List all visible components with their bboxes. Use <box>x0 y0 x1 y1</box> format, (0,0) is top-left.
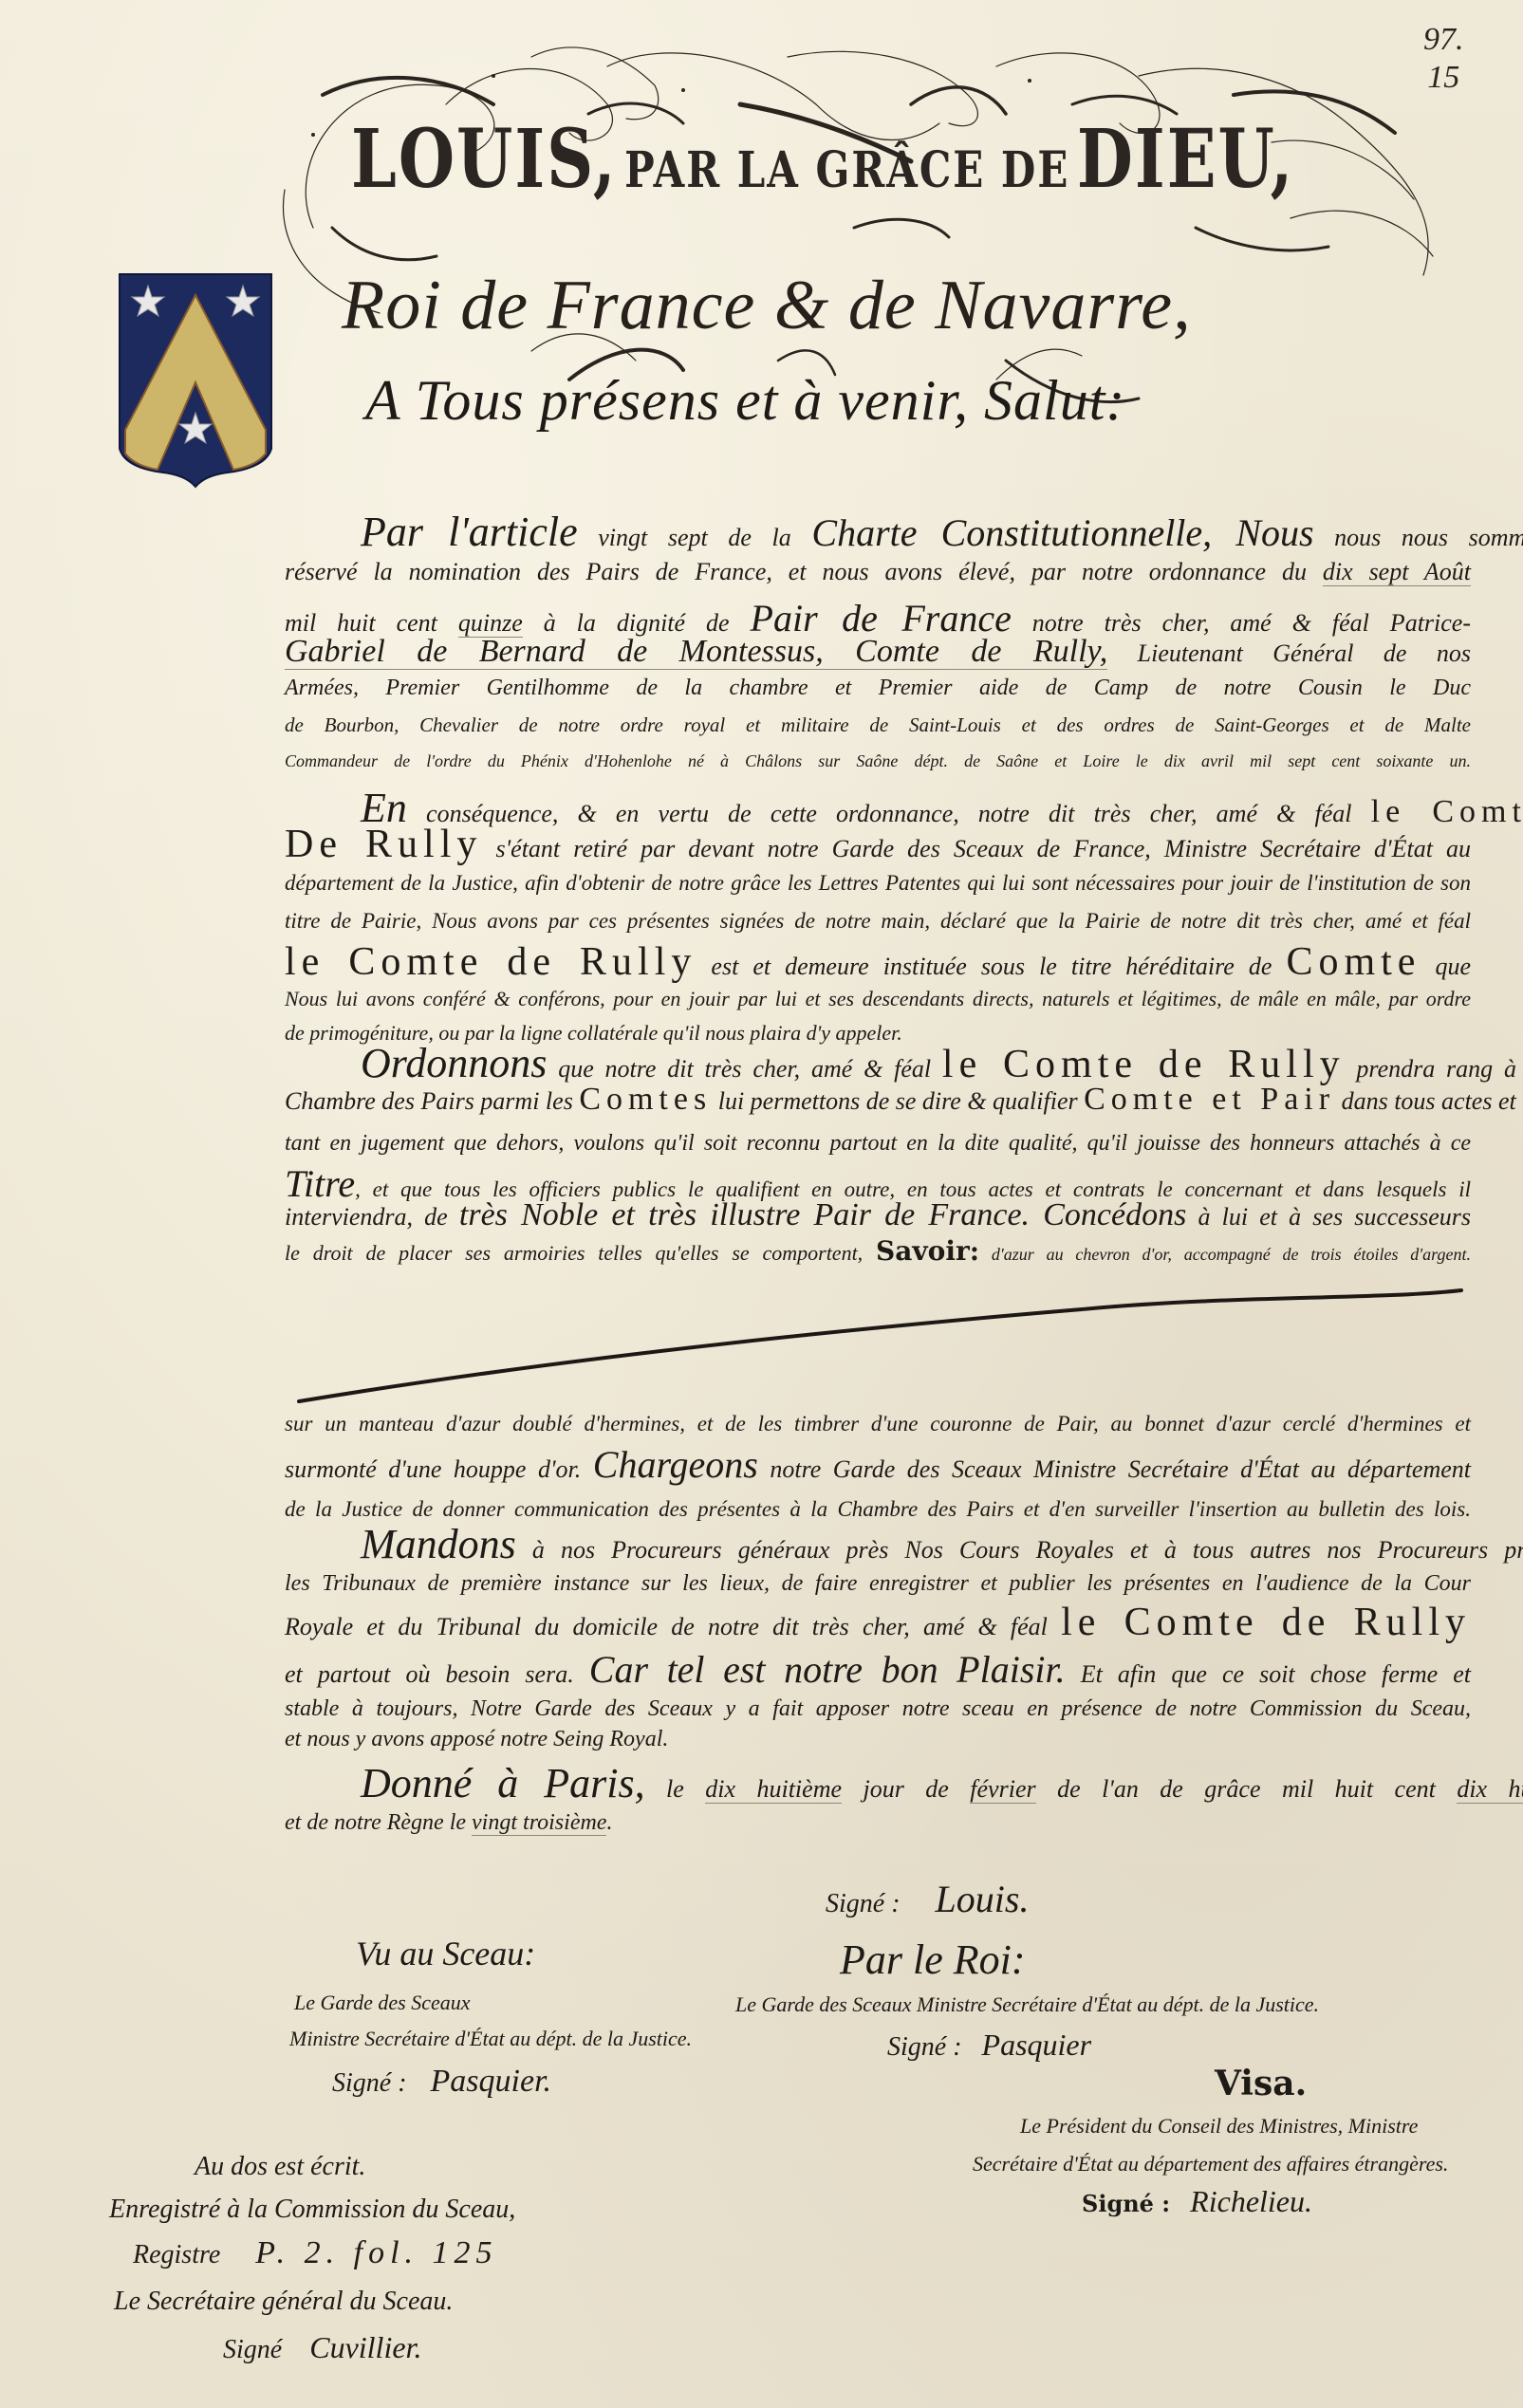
page-title: LOUIS, PAR LA GRÂCE DE DIEU, <box>351 112 1414 207</box>
visa-signature: Signé : Richelieu. <box>1082 2184 1312 2219</box>
visa-signed-label: Signé : <box>1082 2190 1170 2217</box>
body-line: Par l'article vingt sept de la Charte Co… <box>285 508 1523 556</box>
title-louis: LOUIS, <box>351 112 618 207</box>
body-line: de la Justice de donner communication de… <box>285 1497 1471 1522</box>
par-le-roi-heading: Par le Roi: <box>840 1936 1026 1984</box>
seal-signed-name: Pasquier. <box>431 2064 552 2099</box>
body-line: département de la Justice, afin d'obteni… <box>285 871 1471 896</box>
body-line: le droit de placer ses armoiries telles … <box>285 1235 1471 1267</box>
body-line: Royale et du Tribunal du domicile de not… <box>285 1600 1471 1645</box>
visa-signed-name: Richelieu. <box>1190 2184 1312 2218</box>
body-line: titre de Pairie, Nous avons par ces prés… <box>285 909 1471 934</box>
body-line: les Tribunaux de première instance sur l… <box>285 1571 1471 1597</box>
registration-signature: Signé Cuvillier. <box>223 2330 421 2365</box>
king-signed-label: Signé : <box>826 1889 901 1918</box>
body-line: Commandeur de l'ordre du Phénix d'Hohenl… <box>285 751 1471 771</box>
body-line: surmonté d'une houppe d'or. Chargeons no… <box>285 1442 1471 1487</box>
registration-line3: Registre P. 2. fol. 125 <box>133 2235 498 2271</box>
registration-line2: Enregistré à la Commission du Sceau, <box>109 2195 515 2225</box>
visa-heading: Visa. <box>1215 2064 1307 2103</box>
seal-signed-label: Signé : <box>332 2068 407 2098</box>
body-line: sur un manteau d'azur doublé d'hermines,… <box>285 1412 1471 1436</box>
body-line: tant en jugement que dehors, voulons qu'… <box>285 1131 1471 1157</box>
king-signature: Signé : Louis. <box>826 1877 1029 1921</box>
registration-signed-label: Signé <box>223 2335 282 2364</box>
par-le-roi-signed-label: Signé : <box>887 2032 962 2062</box>
body-line: Nous lui avons conféré & conférons, pour… <box>285 987 1471 1011</box>
body-line: et partout où besoin sera. Car tel est n… <box>285 1647 1471 1692</box>
body-line: interviendra, de très Noble et très illu… <box>285 1197 1471 1233</box>
folio-number-primary: 97. <box>1423 21 1464 59</box>
registration-value: P. 2. fol. 125 <box>255 2235 497 2270</box>
par-le-roi-signature: Signé : Pasquier <box>887 2028 1091 2063</box>
body-line: stable à toujours, Notre Garde des Sceau… <box>285 1696 1471 1722</box>
body-line: Gabriel de Bernard de Montessus, Comte d… <box>285 634 1471 670</box>
visa-line2: Secrétaire d'État au département des aff… <box>973 2152 1448 2176</box>
body-line: De Rully s'étant retiré par devant notre… <box>285 822 1471 867</box>
body-line: le Comte de Rully est et demeure institu… <box>285 939 1471 985</box>
title-par-la-grace: PAR LA GRÂCE DE <box>624 140 1069 198</box>
greeting-line: A Tous présens et à venir, Salut: <box>365 368 1485 434</box>
visa-line1: Le Président du Conseil des Ministres, M… <box>1020 2114 1418 2139</box>
registration-line4: Le Secrétaire général du Sceau. <box>114 2287 453 2317</box>
seal-line1: Le Garde des Sceaux <box>294 1991 471 2015</box>
seal-signature: Signé : Pasquier. <box>332 2064 551 2100</box>
title-dieu: DIEU, <box>1077 112 1294 207</box>
seal-line2: Ministre Secrétaire d'État au dépt. de l… <box>289 2027 692 2051</box>
body-line: Donné à Paris, le dix huitième jour de f… <box>285 1759 1523 1807</box>
folio-number-secondary: 15 <box>1423 59 1464 97</box>
par-le-roi-line1: Le Garde des Sceaux Ministre Secrétaire … <box>735 1992 1319 2017</box>
coat-of-arms-shield-icon <box>114 269 277 489</box>
body-line: de Bourbon, Chevalier de notre ordre roy… <box>285 713 1471 737</box>
body-line: Chambre des Pairs parmi les Comtes lui p… <box>285 1082 1471 1118</box>
body-line: et de notre Règne le vingt troisième. <box>285 1810 1471 1836</box>
body-line: Ordonnons que notre dit très cher, amé &… <box>285 1039 1523 1087</box>
king-signed-name: Louis. <box>936 1878 1030 1920</box>
royal-subtitle: Roi de France & de Navarre, <box>342 266 1461 346</box>
folio-number: 97. 15 <box>1423 21 1464 97</box>
body-line: réservé la nomination des Pairs de Franc… <box>285 558 1471 586</box>
registration-signed-name: Cuvillier. <box>309 2330 421 2364</box>
registration-line1: Au dos est écrit. <box>195 2152 365 2182</box>
par-le-roi-signed-name: Pasquier <box>982 2028 1092 2062</box>
body-line: Mandons à nos Procureurs généraux près N… <box>285 1520 1523 1568</box>
seal-heading: Vu au Sceau: <box>356 1934 535 1973</box>
body-line: Armées, Premier Gentilhomme de la chambr… <box>285 676 1471 701</box>
registration-label: Registre <box>133 2240 220 2269</box>
body-line: et nous y avons apposé notre Seing Royal… <box>285 1727 1471 1752</box>
